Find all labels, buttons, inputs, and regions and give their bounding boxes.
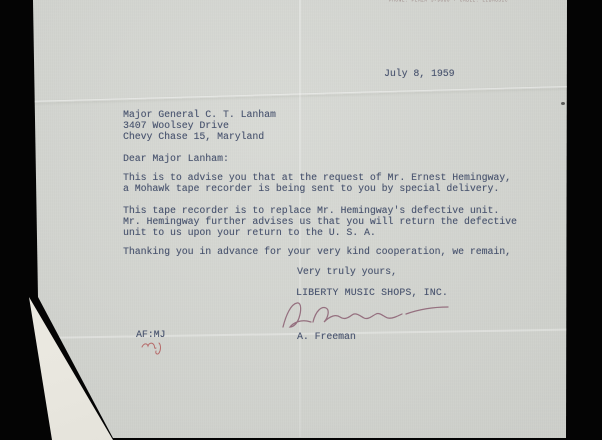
recipient-street: 3407 Woolsey Drive: [123, 120, 229, 131]
body-line: a Mohawk tape recorder is being sent to …: [123, 183, 499, 194]
letter-date: July 8, 1959: [384, 68, 455, 79]
closing-line: Very truly yours,: [297, 266, 397, 277]
recipient-city: Chevy Chase 15, Maryland: [123, 131, 264, 142]
body-line: unit to us upon your return to the U. S.…: [123, 227, 376, 238]
handwritten-initials-mark: [138, 339, 170, 357]
body-line: This is to advise you that at the reques…: [123, 172, 511, 183]
recipient-name: Major General C. T. Lanham: [123, 109, 276, 120]
body-line: This tape recorder is to replace Mr. Hem…: [123, 205, 499, 216]
letterhead-contact-line: PHONE: PLAZA 3-9080 · CABLE: LIBMUSIC: [389, 0, 508, 3]
paper-edge-fleck: [561, 102, 565, 105]
salutation: Dear Major Lanham:: [123, 153, 229, 164]
letter-paper: PHONE: PLAZA 3-9080 · CABLE: LIBMUSIC Ju…: [0, 0, 602, 440]
body-line: Thanking you in advance for your very ki…: [123, 246, 511, 257]
horizontal-fold-crease-top: [30, 86, 570, 103]
handwritten-signature: [265, 297, 460, 335]
scanned-letter-photo: PHONE: PLAZA 3-9080 · CABLE: LIBMUSIC Ju…: [0, 0, 602, 440]
typed-signature-name: A. Freeman: [297, 331, 356, 342]
body-line: Mr. Hemingway further advises us that yo…: [123, 216, 517, 227]
